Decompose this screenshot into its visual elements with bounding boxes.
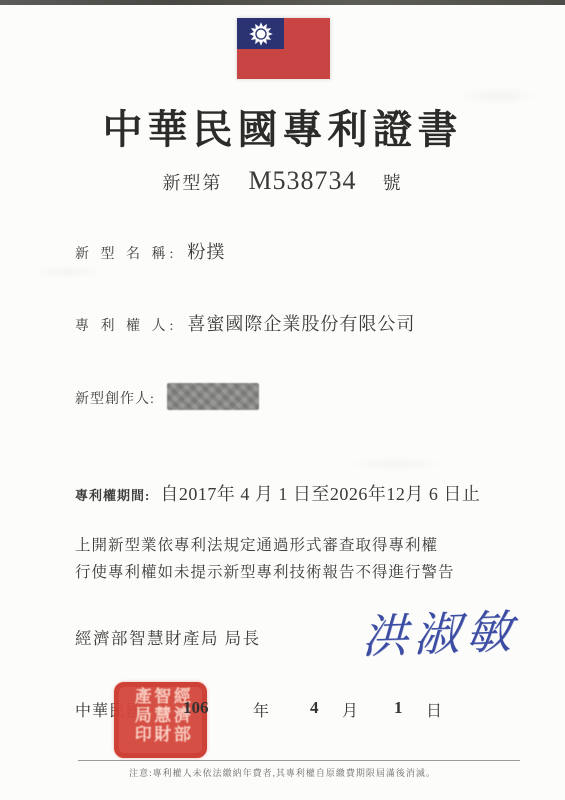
official-seal: 經濟部智慧財產局印 [114,682,207,758]
issue-month: 4 [310,698,319,718]
field-row-utility-model-name: 新 型 名 稱: 粉撲 [75,238,225,264]
director-general-signature: 洪淑敏 [361,595,519,667]
patent-number-suffix: 號 [383,173,403,193]
day-unit: 日 [426,698,442,721]
footnote-notice: 注意:專利權人未依法繳納年費者,其專利權自原繳費期限屆滿後消滅。 [0,766,565,779]
creator-field-label: 新型創作人: [75,392,155,407]
patent-number-line: 新型第 M538734 號 [0,166,565,196]
patent-certificate-page: 中華民國專利證書 新型第 M538734 號 新 型 名 稱: 粉撲 專 利 權… [0,0,565,800]
legal-statement-line-1: 上開新型業依專利法規定通過形式審查取得專利權 [75,532,455,559]
field-row-creator: 新型創作人: [75,383,259,410]
issue-day: 1 [394,698,403,718]
term-field-label: 專利權期間: [75,488,150,503]
footer-divider-line [78,760,520,761]
issue-date-line: 中華民國 106 年 4 月 1 日 [0,698,565,728]
owner-field-label: 專 利 權 人: [75,319,177,334]
month-unit: 月 [342,698,358,721]
owner-field-value: 喜蜜國際企業股份有限公司 [187,314,415,334]
legal-statement: 上開新型業依專利法規定通過形式審查取得專利權 行使專利權如未提示新型專利技術報告… [75,532,455,586]
certificate-title: 中華民國專利證書 [0,98,565,155]
issue-year: 106 [183,698,209,718]
patent-number: M538734 [248,166,356,195]
roc-flag [237,18,330,79]
name-field-label: 新 型 名 稱: [75,247,177,262]
field-row-patent-term: 專利權期間: 自2017年 4 月 1 日至2026年12月 6 日止 [75,480,480,506]
flag-canton [237,18,284,49]
patent-type-prefix: 新型第 [162,173,222,193]
field-row-patent-owner: 專 利 權 人: 喜蜜國際企業股份有限公司 [75,310,415,336]
official-seal-text: 經濟部智慧財產局印 [131,687,190,753]
legal-statement-line-2: 行使專利權如未提示新型專利技術報告不得進行警告 [75,559,455,586]
term-field-value: 自2017年 4 月 1 日至2026年12月 6 日止 [160,484,480,504]
redacted-creator-name [167,383,259,410]
year-unit: 年 [253,698,269,721]
sun-icon [248,21,274,47]
name-field-value: 粉撲 [187,242,225,262]
issuing-agency-title: 經濟部智慧財產局 局長 [75,625,261,649]
scan-edge-artifact [0,0,565,5]
